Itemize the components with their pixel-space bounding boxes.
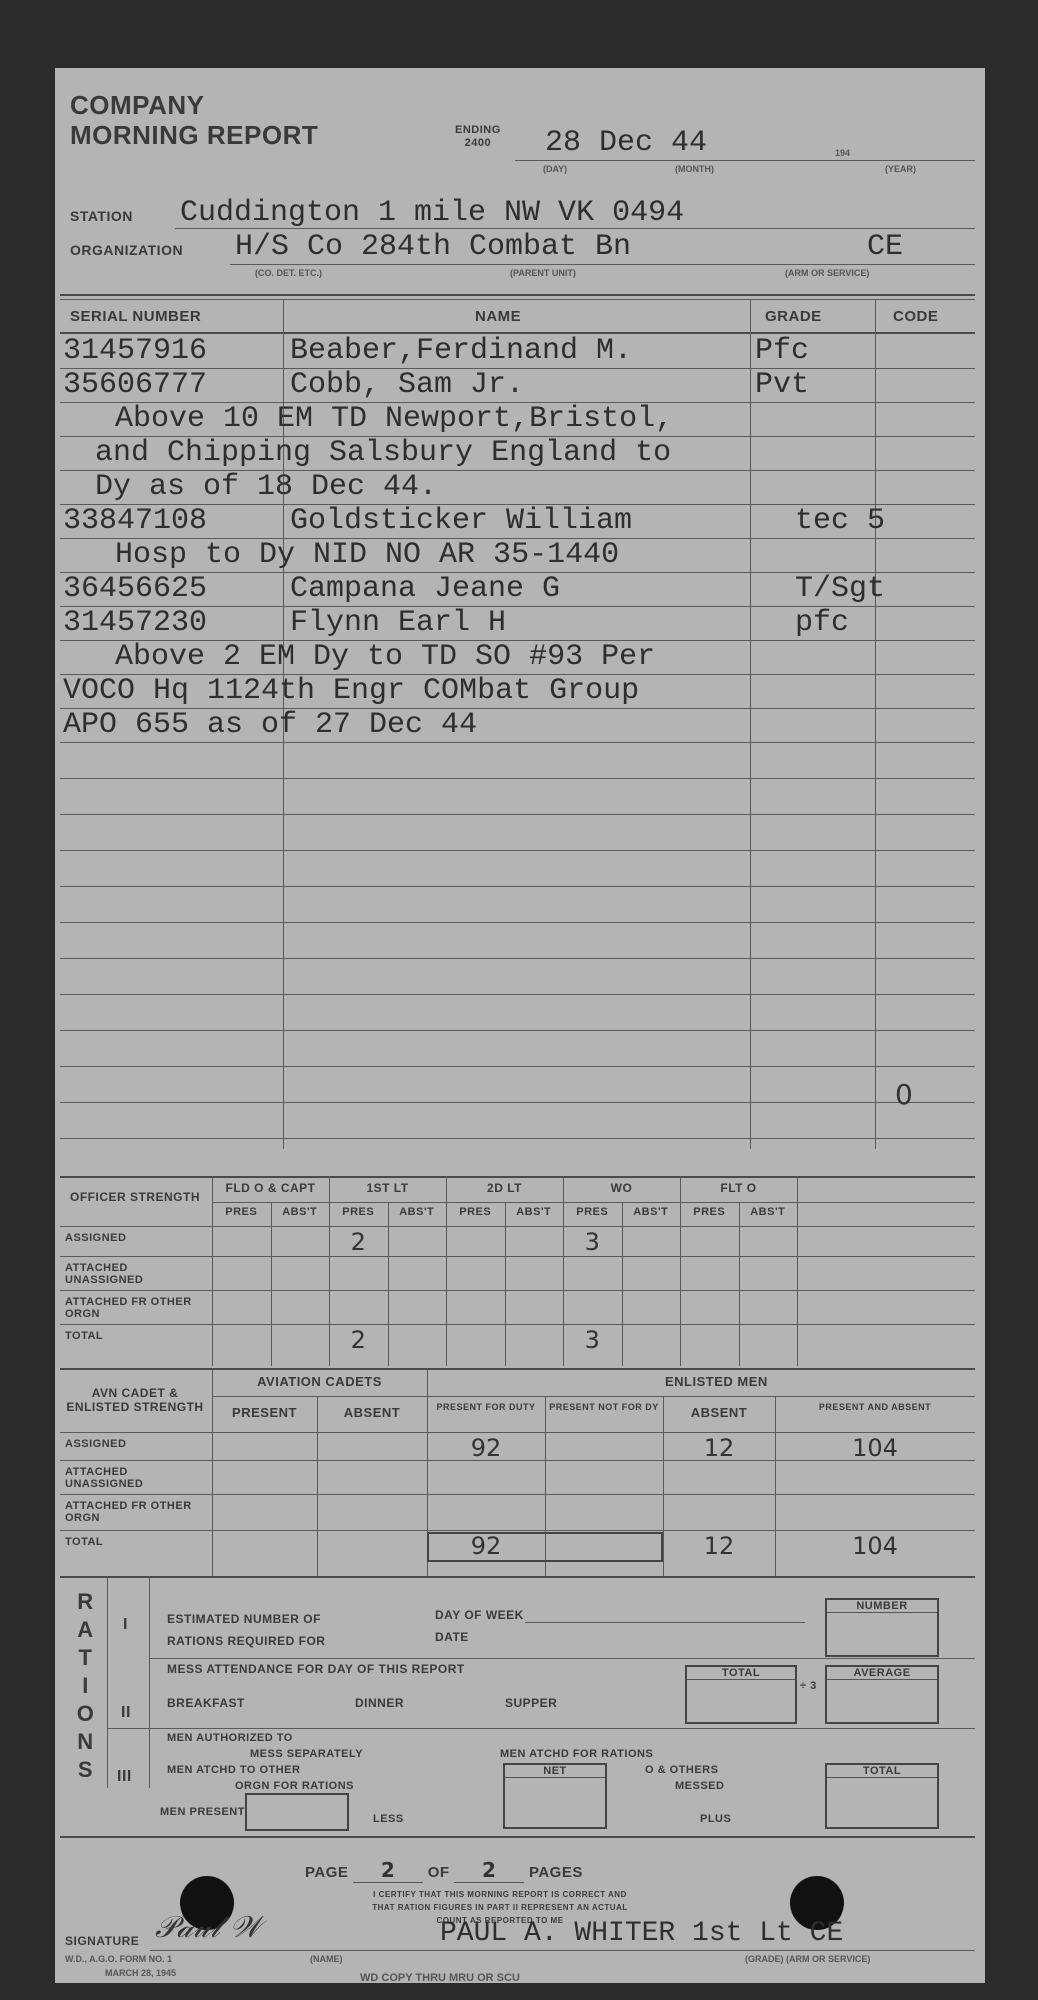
- breakfast-label: BREAKFAST: [167, 1696, 245, 1710]
- soldier-name: Campana Jeane G: [290, 572, 560, 606]
- enlisted-cell[interactable]: [775, 1460, 975, 1492]
- officer-cell[interactable]: [739, 1226, 798, 1258]
- officer-cell[interactable]: [680, 1324, 739, 1356]
- officer-cell[interactable]: [388, 1324, 447, 1356]
- net-box[interactable]: NET: [503, 1763, 607, 1829]
- serial-number: 35606777: [63, 368, 207, 402]
- soldier-name: Beaber,Ferdinand M.: [290, 334, 632, 368]
- handwritten-signature: 𝒫𝒶𝓊𝓁 𝒲: [155, 1910, 261, 1945]
- enlisted-cell[interactable]: [663, 1494, 775, 1526]
- arm-service-value: CE: [867, 230, 903, 264]
- average-box[interactable]: AVERAGE: [825, 1665, 939, 1724]
- officer-cell[interactable]: [680, 1256, 739, 1288]
- serial-number: 31457230: [63, 606, 207, 640]
- remark-line: Hosp to Dy NID NO AR 35-1440: [115, 538, 619, 572]
- serial-number: 33847108: [63, 504, 207, 538]
- rations-letter: T: [73, 1644, 98, 1672]
- officer-sub-header: PRES: [446, 1206, 505, 1218]
- remark-line: Above 2 EM Dy to TD SO #93 Per: [115, 640, 655, 674]
- officer-sub-header: PRES: [329, 1206, 388, 1218]
- officer-group-header: WO: [563, 1181, 680, 1195]
- grade: tec 5: [795, 504, 885, 538]
- officer-sub-header: PRES: [680, 1206, 739, 1218]
- officer-row-label: ATTACHED UNASSIGNED: [65, 1262, 205, 1286]
- enlisted-cell[interactable]: 104: [775, 1530, 975, 1562]
- auth-line1: MEN AUTHORIZED TO: [167, 1732, 293, 1744]
- officer-cell[interactable]: [622, 1256, 681, 1288]
- officer-sub-header: PRES: [563, 1206, 622, 1218]
- present-total-box: [427, 1532, 663, 1562]
- page-total: 2: [454, 1858, 524, 1883]
- officer-cell[interactable]: [505, 1324, 564, 1356]
- date-label: DATE: [435, 1630, 469, 1644]
- enlisted-cell[interactable]: 12: [663, 1530, 775, 1562]
- roster-row: 31457230 Flynn Earl H pfc: [55, 606, 980, 640]
- day-of-week-label: DAY OF WEEK: [435, 1608, 524, 1622]
- officer-cell[interactable]: [212, 1226, 271, 1258]
- enlisted-strength-title: AVN CADET & ENLISTED STRENGTH: [65, 1386, 205, 1414]
- officer-cell[interactable]: [271, 1256, 330, 1288]
- officer-group-header: 2D LT: [446, 1181, 563, 1195]
- part3-total-box[interactable]: TOTAL: [825, 1763, 939, 1829]
- number-label: NUMBER: [827, 1600, 937, 1613]
- header-name: NAME: [475, 308, 521, 325]
- remark-line: Above 10 EM TD Newport,Bristol,: [115, 402, 673, 436]
- remark-line: and Chipping Salsbury England to: [95, 436, 671, 470]
- mess-total-box[interactable]: TOTAL: [685, 1665, 797, 1724]
- enlisted-cell[interactable]: [317, 1530, 427, 1562]
- caption-parent: (PARENT UNIT): [510, 268, 576, 278]
- form-date: MARCH 28, 1945: [105, 1968, 176, 1978]
- officer-group-header: FLD O & CAPT: [212, 1181, 329, 1195]
- less-label: LESS: [373, 1813, 404, 1825]
- part3-total-label: TOTAL: [827, 1765, 937, 1778]
- enlisted-column-header: PRESENT NOT FOR DY: [545, 1400, 663, 1414]
- ending-label: ENDING 2400: [455, 124, 501, 150]
- soldier-name: Cobb, Sam Jr.: [290, 368, 524, 402]
- soldier-name: Flynn Earl H: [290, 606, 506, 640]
- officer-cell[interactable]: [680, 1290, 739, 1322]
- mess-total-label: TOTAL: [687, 1667, 795, 1680]
- officer-row-label: ATTACHED FR OTHER ORGN: [65, 1296, 205, 1320]
- grade: Pvt: [755, 368, 809, 402]
- page-label: PAGE: [305, 1864, 348, 1881]
- header-serial: SERIAL NUMBER: [70, 308, 201, 325]
- part1-text: ESTIMATED NUMBER OF RATIONS REQUIRED FOR: [167, 1608, 325, 1652]
- rations-letter: A: [73, 1616, 98, 1644]
- organization-label: ORGANIZATION: [70, 242, 183, 258]
- dinner-label: DINNER: [355, 1696, 404, 1710]
- certify-line2: THAT RATION FIGURES IN PART II REPRESENT…: [285, 1901, 715, 1914]
- form-title: COMPANY MORNING REPORT: [70, 90, 318, 150]
- officer-cell[interactable]: [212, 1290, 271, 1322]
- report-date: 28 Dec 44: [545, 126, 707, 160]
- soldier-name: Goldsticker William: [290, 504, 632, 538]
- enlisted-row-label: ASSIGNED: [65, 1438, 205, 1450]
- enlisted-column-header: ABSENT: [663, 1406, 775, 1420]
- officer-cell[interactable]: [505, 1290, 564, 1322]
- officer-strength-title: OFFICER STRENGTH: [65, 1190, 205, 1204]
- roster-row: 36456625 Campana Jeane G T/Sgt: [55, 572, 980, 606]
- officer-cell[interactable]: [329, 1290, 388, 1322]
- officer-cell[interactable]: [446, 1226, 505, 1258]
- officer-cell[interactable]: [271, 1290, 330, 1322]
- enlisted-cell[interactable]: [317, 1460, 427, 1492]
- officer-cell[interactable]: [563, 1256, 622, 1288]
- officer-sub-header: ABS'T: [622, 1206, 681, 1218]
- officer-cell[interactable]: [622, 1290, 681, 1322]
- grade-caption: (GRADE) (ARM OR SERVICE): [745, 1954, 870, 1964]
- rations-letter: S: [73, 1756, 98, 1784]
- officer-cell[interactable]: [446, 1324, 505, 1356]
- form-number: W.D., A.G.O. FORM NO. 1: [65, 1954, 172, 1964]
- rations-letter: I: [73, 1672, 98, 1700]
- officer-cell[interactable]: [271, 1324, 330, 1356]
- part2-roman: II: [121, 1704, 131, 1722]
- rations-vertical-label: RATIONS: [73, 1588, 98, 1784]
- bottom-note: WD COPY THRU MRU OR SCU: [360, 1972, 520, 1984]
- officer-cell[interactable]: [739, 1256, 798, 1288]
- signer-name: PAUL A. WHITER 1st Lt CE: [440, 1918, 843, 1949]
- enlisted-row-label: ATTACHED FR OTHER ORGN: [65, 1500, 205, 1524]
- divide-by-three: ÷ 3: [800, 1680, 817, 1692]
- officer-cell[interactable]: [388, 1256, 447, 1288]
- rations-letter: N: [73, 1728, 98, 1756]
- rations-letter: O: [73, 1700, 98, 1728]
- enlisted-column-header: ABSENT: [317, 1406, 427, 1420]
- title-line-2: MORNING REPORT: [70, 120, 318, 150]
- officer-sub-header: ABS'T: [271, 1206, 330, 1218]
- rations-letter: R: [73, 1588, 98, 1616]
- page-indicator: PAGE 2 OF 2 PAGES: [305, 1858, 583, 1883]
- average-label: AVERAGE: [827, 1667, 937, 1680]
- enlisted-cell[interactable]: [663, 1460, 775, 1492]
- certify-line1: I CERTIFY THAT THIS MORNING REPORT IS CO…: [285, 1888, 715, 1901]
- officer-row-label: TOTAL: [65, 1330, 205, 1342]
- officer-cell[interactable]: 2: [329, 1324, 388, 1356]
- officer-cell[interactable]: 3: [563, 1324, 622, 1356]
- officer-cell[interactable]: [388, 1226, 447, 1258]
- atchd-other-line1: MEN ATCHD TO OTHER: [167, 1764, 300, 1776]
- enlisted-row-label: TOTAL: [65, 1536, 205, 1548]
- enlisted-header: ENLISTED MEN: [665, 1374, 768, 1389]
- enlisted-cell[interactable]: [212, 1494, 317, 1526]
- atchd-other-line2: ORGN FOR RATIONS: [235, 1780, 354, 1792]
- name-caption: (NAME): [310, 1954, 343, 1964]
- station-label: STATION: [70, 208, 133, 224]
- of-label: OF: [428, 1864, 450, 1881]
- men-present-box[interactable]: [245, 1793, 349, 1831]
- auth-line2: MESS SEPARATELY: [250, 1748, 363, 1760]
- caption-month: (MONTH): [675, 164, 714, 174]
- officer-cell[interactable]: [563, 1290, 622, 1322]
- serial-number: 31457916: [63, 334, 207, 368]
- header-grade: GRADE: [765, 308, 822, 325]
- signature-label: SIGNATURE: [65, 1934, 139, 1948]
- part3-roman: III: [117, 1768, 132, 1786]
- officer-cell[interactable]: [739, 1324, 798, 1356]
- part1-roman: I: [123, 1616, 128, 1634]
- caption-year: (YEAR): [885, 164, 916, 174]
- net-label: NET: [505, 1765, 605, 1778]
- others-line2: MESSED: [675, 1780, 724, 1792]
- station-value: Cuddington 1 mile NW VK 0494: [180, 196, 684, 230]
- officer-row-label: ASSIGNED: [65, 1232, 205, 1244]
- plus-label: PLUS: [700, 1813, 731, 1825]
- officer-cell[interactable]: 2: [329, 1226, 388, 1258]
- officer-group-header: 1ST LT: [329, 1181, 446, 1195]
- officer-cell[interactable]: [739, 1290, 798, 1322]
- cadets-header: AVIATION CADETS: [212, 1374, 427, 1389]
- enlisted-row-label: ATTACHED UNASSIGNED: [65, 1466, 205, 1490]
- ending-text: ENDING: [455, 124, 501, 137]
- enlisted-cell[interactable]: [427, 1494, 545, 1526]
- caption-day: (DAY): [543, 164, 567, 174]
- morning-report-form: COMPANY MORNING REPORT ENDING 2400 28 De…: [55, 68, 985, 1983]
- organization-value: H/S Co 284th Combat Bn: [235, 230, 631, 264]
- roster-row: 31457916 Beaber,Ferdinand M. Pfc: [55, 334, 980, 368]
- part1-line2: RATIONS REQUIRED FOR: [167, 1630, 325, 1652]
- supper-label: SUPPER: [505, 1696, 557, 1710]
- remark-line: VOCO Hq 1124th Engr COMbat Group: [63, 674, 639, 708]
- pages-label: PAGES: [529, 1864, 583, 1881]
- enlisted-cell[interactable]: [212, 1530, 317, 1562]
- serial-number: 36456625: [63, 572, 207, 606]
- grade: pfc: [795, 606, 849, 640]
- officer-cell[interactable]: 3: [563, 1226, 622, 1258]
- officer-sub-header: ABS'T: [388, 1206, 447, 1218]
- men-present-label: MEN PRESENT: [160, 1806, 245, 1818]
- roster-row: 35606777 Cobb, Sam Jr. Pvt: [55, 368, 980, 402]
- officer-cell[interactable]: [388, 1290, 447, 1322]
- header-code: CODE: [893, 308, 938, 325]
- officer-cell[interactable]: [680, 1226, 739, 1258]
- enlisted-column-header: PRESENT FOR DUTY: [427, 1400, 545, 1414]
- grade: Pfc: [755, 334, 809, 368]
- year-prefix: 194: [835, 148, 850, 158]
- officer-cell[interactable]: [622, 1226, 681, 1258]
- officer-cell[interactable]: [329, 1256, 388, 1288]
- part2-title: MESS ATTENDANCE FOR DAY OF THIS REPORT: [167, 1662, 465, 1676]
- enlisted-cell[interactable]: [427, 1460, 545, 1492]
- roster-row: 33847108 Goldsticker William tec 5: [55, 504, 980, 538]
- remark-line: Dy as of 18 Dec 44.: [95, 470, 437, 504]
- officer-cell[interactable]: [505, 1226, 564, 1258]
- officer-cell[interactable]: [505, 1256, 564, 1288]
- enlisted-column-header: PRESENT: [212, 1406, 317, 1420]
- number-box[interactable]: NUMBER: [825, 1598, 939, 1657]
- enlisted-cell[interactable]: [545, 1494, 663, 1526]
- caption-co: (CO. DET. ETC.): [255, 268, 322, 278]
- caption-arm: (ARM OR SERVICE): [785, 268, 869, 278]
- margin-mark: 0: [895, 1078, 913, 1111]
- officer-group-header: FLT O: [680, 1181, 797, 1195]
- others-line1: O & OTHERS: [645, 1764, 718, 1776]
- ending-time: 2400: [455, 137, 501, 150]
- enlisted-cell[interactable]: [775, 1494, 975, 1526]
- remark-line: APO 655 as of 27 Dec 44: [63, 708, 477, 742]
- atchd-rations-label: MEN ATCHD FOR RATIONS: [500, 1748, 653, 1760]
- title-line-1: COMPANY: [70, 90, 318, 120]
- officer-sub-header: PRES: [212, 1206, 271, 1218]
- officer-sub-header: ABS'T: [505, 1206, 564, 1218]
- officer-cell[interactable]: [212, 1256, 271, 1288]
- enlisted-column-header: PRESENT AND ABSENT: [775, 1400, 975, 1414]
- page-number: 2: [353, 1858, 423, 1883]
- enlisted-cell[interactable]: [212, 1460, 317, 1492]
- grade: T/Sgt: [795, 572, 885, 606]
- officer-cell[interactable]: [622, 1324, 681, 1356]
- enlisted-cell[interactable]: [317, 1494, 427, 1526]
- officer-cell[interactable]: [446, 1256, 505, 1288]
- officer-cell[interactable]: [271, 1226, 330, 1258]
- officer-cell[interactable]: [446, 1290, 505, 1322]
- officer-cell[interactable]: [212, 1324, 271, 1356]
- enlisted-cell[interactable]: [545, 1460, 663, 1492]
- part1-line1: ESTIMATED NUMBER OF: [167, 1608, 325, 1630]
- officer-sub-header: ABS'T: [739, 1206, 798, 1218]
